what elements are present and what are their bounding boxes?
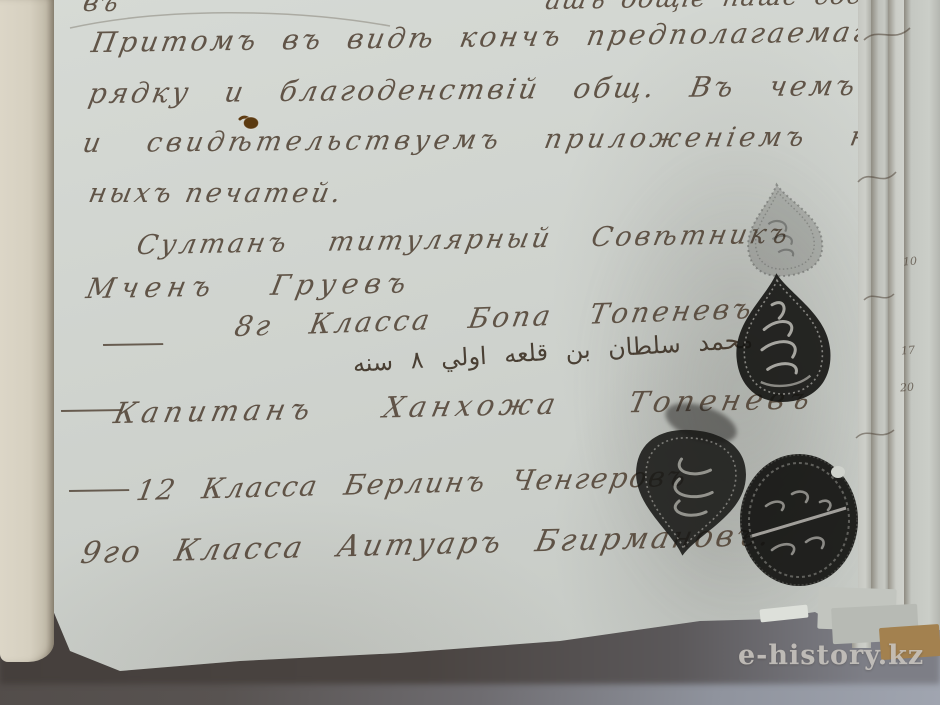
manuscript-page: въ ашъ общіе наше состоян Притомъ въ вид…	[0, 0, 940, 705]
edge-page-number: 20	[900, 381, 915, 395]
edge-page-number: 17	[901, 344, 916, 358]
paper-hole	[236, 112, 262, 134]
signature-dash: —	[99, 325, 168, 361]
round-seal-dark	[736, 450, 864, 590]
teardrop-seal-dark	[725, 266, 838, 410]
book-gutter-band	[0, 0, 54, 662]
signature-dash: —	[65, 471, 134, 507]
handwriting-fragment: въ	[81, 0, 123, 18]
watermark-text: e-history.kz	[738, 640, 924, 671]
handwriting-line: рядку и благоденствій общ. Въ чемъ	[86, 69, 861, 110]
photograph-of-archival-manuscript: въ ашъ общіе наше состоян Притомъ въ вид…	[0, 0, 940, 705]
signature-line: Мченъ Груевъ	[84, 266, 415, 305]
signature-dash: —	[57, 391, 126, 427]
handwriting-line: ныхъ печатей.	[86, 178, 346, 209]
edge-page-number: 10	[903, 255, 918, 269]
edge-writing-fragments	[850, 0, 940, 520]
teardrop-seal-dark-inverted	[623, 420, 754, 566]
